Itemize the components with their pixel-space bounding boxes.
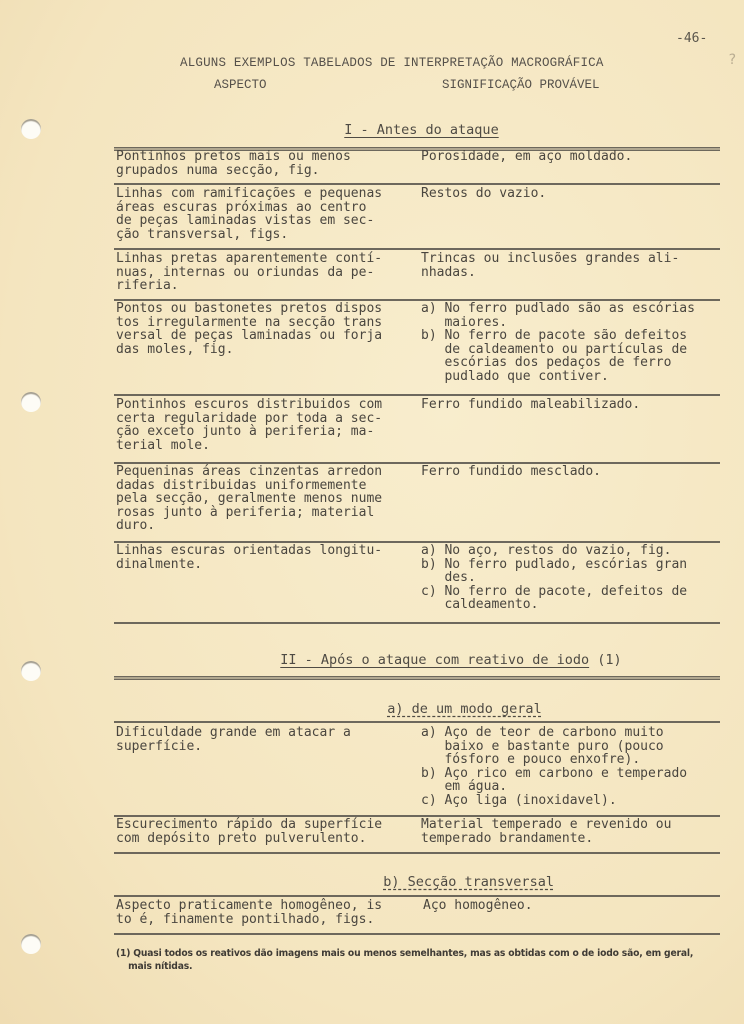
binder-hole bbox=[21, 119, 41, 139]
aspect-cell: Pontos ou bastonetes pretos dispos tos i… bbox=[116, 302, 382, 356]
aspect-cell: Linhas com ramificações e pequenas áreas… bbox=[116, 187, 382, 241]
binder-hole bbox=[21, 392, 41, 412]
aspect-cell: Aspecto praticamente homogêneo, is to é,… bbox=[116, 899, 382, 926]
meaning-cell: Ferro fundido mesclado. bbox=[421, 465, 601, 479]
section-1-title: I - Antes do ataque bbox=[328, 106, 499, 138]
footnote: (1) Quasi todos os reativos dão imagens … bbox=[116, 947, 693, 973]
table-rule bbox=[114, 895, 720, 897]
aspect-cell: Linhas escuras orientadas longitu- dinal… bbox=[116, 544, 382, 571]
row-divider bbox=[114, 933, 720, 935]
aspect-cell: Pontinhos escuros distribuidos com certa… bbox=[116, 398, 382, 452]
aspect-cell: Escurecimento rápido da superfície com d… bbox=[116, 818, 382, 845]
table-rule bbox=[114, 676, 720, 680]
meaning-cell: Material temperado e revenido ou tempera… bbox=[421, 818, 671, 845]
row-divider bbox=[114, 622, 720, 624]
subsection-a-title: a) de um modo geral bbox=[371, 685, 542, 717]
row-divider bbox=[114, 852, 720, 854]
column-header-meaning: SIGNIFICAÇÃO PROVÁVEL bbox=[442, 78, 600, 92]
aspect-cell: Pontinhos pretos mais ou menos grupados … bbox=[116, 150, 351, 177]
meaning-cell: a) No aço, restos do vazio, fig. b) No f… bbox=[421, 544, 687, 612]
section-2-title: II - Após o ataque com reativo de iodo (… bbox=[264, 636, 622, 668]
meaning-cell: Aço homogêneo. bbox=[423, 899, 533, 913]
subsection-b-title: b) Secção transversal bbox=[367, 858, 554, 890]
row-divider bbox=[114, 394, 720, 396]
margin-mark: ? bbox=[728, 52, 736, 68]
binder-hole bbox=[21, 934, 41, 954]
page-title: ALGUNS EXEMPLOS TABELADOS DE INTERPRETAÇ… bbox=[180, 56, 604, 70]
meaning-cell: Ferro fundido maleabilizado. bbox=[421, 398, 640, 412]
meaning-cell: a) Aço de teor de carbono muito baixo e … bbox=[421, 726, 687, 808]
aspect-cell: Linhas pretas aparentemente contí- nuas,… bbox=[116, 252, 382, 293]
meaning-cell: a) No ferro pudlado são as escórias maio… bbox=[421, 302, 695, 384]
page-number: -46- bbox=[676, 31, 707, 46]
row-divider bbox=[114, 183, 720, 185]
meaning-cell: Trincas ou inclusões grandes ali- nhadas… bbox=[421, 252, 679, 279]
meaning-cell: Porosidade, em aço moldado. bbox=[421, 150, 632, 164]
meaning-cell: Restos do vazio. bbox=[421, 187, 546, 201]
column-header-aspect: ASPECTO bbox=[214, 78, 267, 92]
table-rule bbox=[114, 721, 720, 723]
binder-hole bbox=[21, 661, 41, 681]
row-divider bbox=[114, 248, 720, 250]
aspect-cell: Pequeninas áreas cinzentas arredon dadas… bbox=[116, 465, 382, 533]
aspect-cell: Dificuldade grande em atacar a superfíci… bbox=[116, 726, 351, 753]
